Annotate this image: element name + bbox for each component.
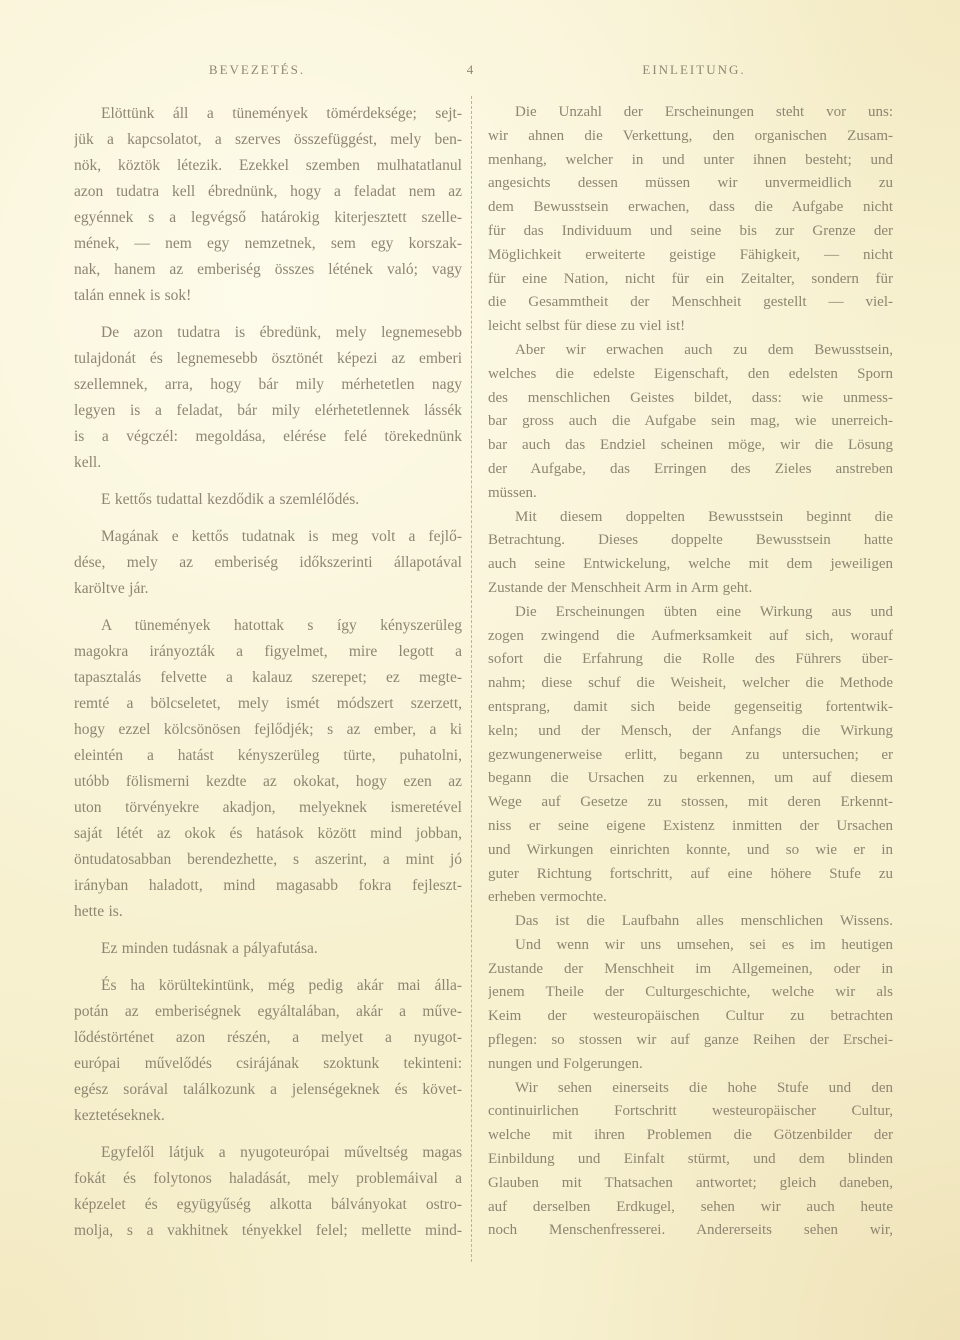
text-line: És ha körültekintünk, még pedig akár mai… (74, 973, 462, 999)
text-line: auf derselben Erdkugel, sehen wir auch h… (488, 1196, 893, 1220)
paragraph: És ha körültekintünk, még pedig akár mai… (74, 973, 462, 1129)
paragraph: Die Erscheinungen übten eine Wirkung aus… (488, 601, 893, 910)
text-line: nahm; diese schuf die Weisheit, welcher … (488, 672, 893, 696)
text-line: nak, hanem az emberiség összes létének v… (74, 257, 462, 283)
running-head-hungarian: BEVEZETÉS. (209, 62, 305, 82)
text-line: képzelet és együgyűség alkotta bálványok… (74, 1192, 462, 1218)
text-line: der Aufgabe, das Erringen des Zieles ans… (488, 458, 893, 482)
german-text-column: Die Unzahl der Erscheinungen steht vor u… (488, 101, 893, 1243)
text-line: menhang, welcher in und unter ihnen best… (488, 149, 893, 173)
text-line: nungen und Folgerungen. (488, 1053, 893, 1077)
paragraph: Die Unzahl der Erscheinungen steht vor u… (488, 101, 893, 339)
text-line: Elöttünk áll a tünemények tömérdeksége; … (74, 101, 462, 127)
text-line: begann die Ursachen zu erkennen, um auf … (488, 767, 893, 791)
text-line: welches die edelste Eigenschaft, den ede… (488, 363, 893, 387)
text-line: dem Bewusstsein erwachen, dass die Aufga… (488, 196, 893, 220)
text-line: Zustande der Menschheit Arm in Arm geht. (488, 577, 893, 601)
book-page-scan: BEVEZETÉS. 4 EINLEITUNG. Elöttünk áll a … (0, 0, 960, 1340)
text-line: noch Menschenfresserei. Andererseits seh… (488, 1219, 893, 1243)
text-line: is a végczél: megoldása, elérése felé tö… (74, 424, 462, 450)
text-line: für eine Nation, nicht für ein Zeitalter… (488, 268, 893, 292)
paragraph: Egyfelől látjuk a nyugoteurópai műveltsé… (74, 1140, 462, 1244)
text-line: Einbildung und Einfalt stürmt, und dem b… (488, 1148, 893, 1172)
text-line: bar auch das Endziel scheinen möge, wir … (488, 434, 893, 458)
text-line: Magának e kettős tudatnak is meg volt a … (74, 524, 462, 550)
text-line: kell. (74, 450, 462, 476)
paragraph: Mit diesem doppelten Bewusstsein beginnt… (488, 506, 893, 601)
text-line: leicht selbst für diese zu viel ist! (488, 315, 893, 339)
paragraph: Wir sehen einerseits die hohe Stufe und … (488, 1077, 893, 1244)
text-line: mének, — nem egy nemzetnek, sem egy kors… (74, 231, 462, 257)
text-line: tapasztalás felvette a kalauz szerepet; … (74, 665, 462, 691)
text-line: remté a bölcseletet, mely ismét módszert… (74, 691, 462, 717)
text-line: saját létét az okok és hatások között mi… (74, 821, 462, 847)
text-line: keln; und der Mensch, der Anfangs die Wi… (488, 720, 893, 744)
text-line: uton törvényekre akadjon, melyeknek isme… (74, 795, 462, 821)
text-line: Die Unzahl der Erscheinungen steht vor u… (488, 101, 893, 125)
text-line: Die Erscheinungen übten eine Wirkung aus… (488, 601, 893, 625)
text-line: irányban haladott, mind magasabb fokra f… (74, 873, 462, 899)
text-line: utóbb fölismerni kezdte az okokat, hogy … (74, 769, 462, 795)
text-line: Zustande der Menschheit im Allgemeinen, … (488, 958, 893, 982)
text-line: für das Individuum und seine bis zur Gre… (488, 220, 893, 244)
text-line: pflegen: so stossen wir auf ganze Reihen… (488, 1029, 893, 1053)
text-line: wir ahnen die Verkettung, den organische… (488, 125, 893, 149)
text-line: magokra irányozták a figyelmet, mire leg… (74, 639, 462, 665)
paragraph: De azon tudatra is ébredünk, mely legnem… (74, 320, 462, 476)
text-line: Aber wir erwachen auch zu dem Bewusstsei… (488, 339, 893, 363)
page-number: 4 (467, 62, 474, 82)
running-head-german: EINLEITUNG. (642, 62, 745, 82)
text-line: continuirlichen Fortschritt westeuropäis… (488, 1100, 893, 1124)
text-line: lődéstörténet azon részén, a melyet a ny… (74, 1025, 462, 1051)
text-line: De azon tudatra is ébredünk, mely legnem… (74, 320, 462, 346)
column-divider-rule (471, 96, 472, 1262)
text-line: angesichts dessen müssen wir unvermeidli… (488, 172, 893, 196)
text-line: legyen is a feladat, bár mily elérhetetl… (74, 398, 462, 424)
text-line: auch seine Entwickelung, welche mit dem … (488, 553, 893, 577)
text-line: Wir sehen einerseits die hohe Stufe und … (488, 1077, 893, 1101)
text-line: zogen zwingend die Aufmerksamkeit auf si… (488, 625, 893, 649)
text-line: egész sorával találkozunk a jelenségekne… (74, 1077, 462, 1103)
text-line: E kettős tudattal kezdődik a szemlélődés… (74, 487, 462, 513)
text-line: európai művelődés csirájának szoktunk te… (74, 1051, 462, 1077)
paragraph: Aber wir erwachen auch zu dem Bewusstsei… (488, 339, 893, 506)
paragraph: Magának e kettős tudatnak is meg volt a … (74, 524, 462, 602)
text-line: potán az emberiségnek egyáltalában, akár… (74, 999, 462, 1025)
text-line: erheben vermochte. (488, 886, 893, 910)
paragraph: Und wenn wir uns umsehen, sei es im heut… (488, 934, 893, 1077)
text-line: und Wirkungen einrichten konnte, und so … (488, 839, 893, 863)
text-line: gezwungenerweise erlitt, begann zu unter… (488, 744, 893, 768)
text-line: fokát és folytonos haladását, mely probl… (74, 1166, 462, 1192)
text-line: nök, köztök létezik. Ezekkel szemben mul… (74, 153, 462, 179)
text-line: bar gross auch die Aufgabe sein mag, wie… (488, 410, 893, 434)
paragraph: E kettős tudattal kezdődik a szemlélődés… (74, 487, 462, 513)
text-line: keztetéseknek. (74, 1103, 462, 1129)
text-line: Mit diesem doppelten Bewusstsein beginnt… (488, 506, 893, 530)
paragraph: A tünemények hatottak s így kényszerüleg… (74, 613, 462, 925)
text-line: niss er seine eigene Existenz inmitten d… (488, 815, 893, 839)
text-line: szellemnek, arra, hogy bár mily mérhetet… (74, 372, 462, 398)
paragraph: Elöttünk áll a tünemények tömérdeksége; … (74, 101, 462, 309)
text-line: guter Richtung fortschritt, auf eine höh… (488, 863, 893, 887)
text-line: Ez minden tudásnak a pályafutása. (74, 936, 462, 962)
text-line: des menschlichen Geistes bildet, dass: w… (488, 387, 893, 411)
text-line: hette is. (74, 899, 462, 925)
text-line: dése, mely az emberiség időkszerinti áll… (74, 550, 462, 576)
text-line: karöltve jár. (74, 576, 462, 602)
text-line: azon tudatra kell ébrednünk, hogy a fela… (74, 179, 462, 205)
text-line: Egyfelől látjuk a nyugoteurópai műveltsé… (74, 1140, 462, 1166)
text-line: jenem Theile der Culturgeschichte, welch… (488, 981, 893, 1005)
text-line: A tünemények hatottak s így kényszerüleg (74, 613, 462, 639)
text-line: sofort die Erfahrung die Rolle des Führe… (488, 648, 893, 672)
paragraph: Ez minden tudásnak a pályafutása. (74, 936, 462, 962)
text-line: Keim der westeuropäischen Cultur zu betr… (488, 1005, 893, 1029)
text-line: tulajdonát és legnemesebb ösztönét képez… (74, 346, 462, 372)
text-line: talán ennek is sok! (74, 283, 462, 309)
paragraph: Das ist die Laufbahn alles menschlichen … (488, 910, 893, 934)
text-line: Das ist die Laufbahn alles menschlichen … (488, 910, 893, 934)
text-line: Wege auf Gesetze zu stossen, mit deren E… (488, 791, 893, 815)
text-line: Und wenn wir uns umsehen, sei es im heut… (488, 934, 893, 958)
text-line: jük a kapcsolatot, a szerves összefüggés… (74, 127, 462, 153)
text-line: müssen. (488, 482, 893, 506)
text-line: Glauben mit Thatsachen antwortet; gleich… (488, 1172, 893, 1196)
text-line: Betrachtung. Dieses doppelte Bewusstsein… (488, 529, 893, 553)
text-line: hogy ezzel kölcsönösen fejlődjék; s az e… (74, 717, 462, 743)
text-line: welche mit ihren Problemen die Götzenbil… (488, 1124, 893, 1148)
hungarian-text-column: Elöttünk áll a tünemények tömérdeksége; … (74, 101, 462, 1244)
text-line: die Gesammtheit der Menschheit gestellt … (488, 291, 893, 315)
text-line: öntudatosabban berendezhette, s aszerint… (74, 847, 462, 873)
text-line: egyénnek s a legvégső határokig kiterjes… (74, 205, 462, 231)
text-line: molja, s a vakhitnek tényekkel felel; me… (74, 1218, 462, 1244)
text-line: entsprang, damit sich beide gegenseitig … (488, 696, 893, 720)
text-line: Möglichkeit erweiterte geistige Fähigkei… (488, 244, 893, 268)
text-line: eleintén a hatást kényszerüleg türte, pu… (74, 743, 462, 769)
